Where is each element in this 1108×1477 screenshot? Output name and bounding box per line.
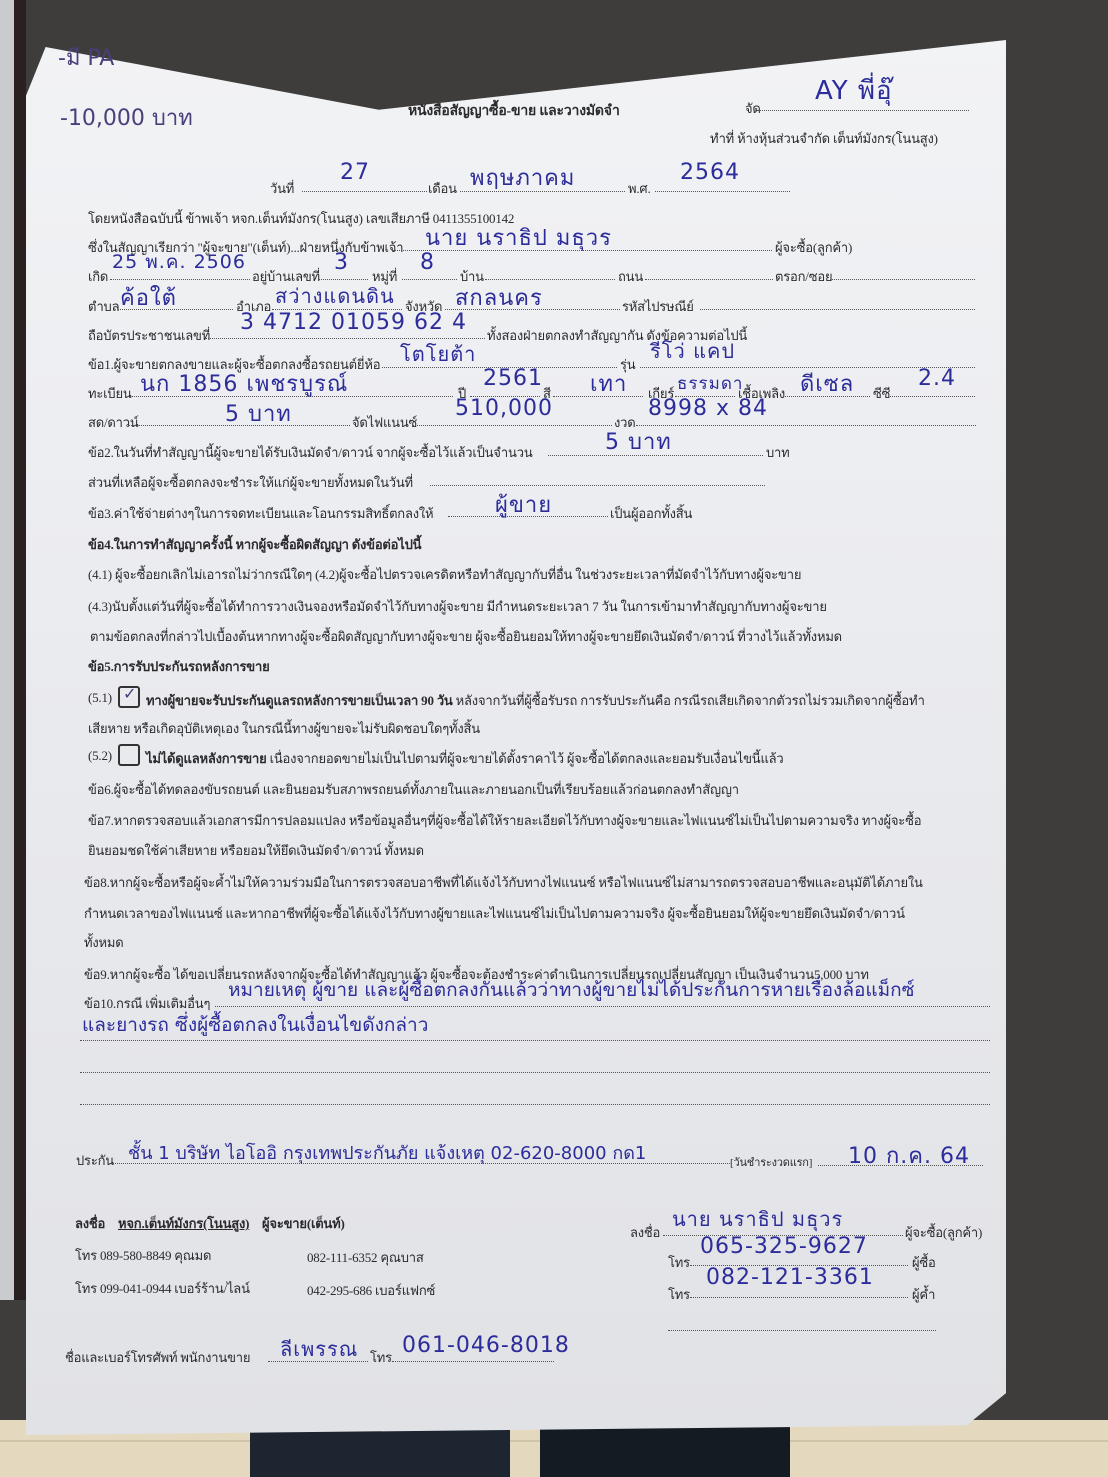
buyer-phone: 065-325-9627 bbox=[700, 1234, 868, 1259]
option1-rest: หลังจากวันที่ผู้ซื้อรับรถ การรับประกันคื… bbox=[453, 693, 925, 708]
clause10-line2 bbox=[80, 1040, 990, 1041]
buyer-sign-label: ลงชื่อ bbox=[630, 1222, 660, 1243]
salesperson-tel-label: โทร bbox=[370, 1347, 392, 1368]
moo-line bbox=[402, 279, 457, 280]
jad-label: จัด bbox=[745, 98, 761, 119]
amphoe-value: สว่างแดนดิน bbox=[275, 280, 395, 312]
guarantor-tel-label: โทร bbox=[668, 1284, 690, 1305]
fuel-value: ดีเซล bbox=[800, 366, 854, 401]
tambon-value: ค้อใต้ bbox=[120, 280, 177, 315]
clause3-label: ข้อ3.ค่าใช้จ่ายต่างๆในการจดทะเบียนและโอน… bbox=[88, 503, 433, 524]
finance-value: 510,000 bbox=[455, 396, 553, 421]
cc-value: 2.4 bbox=[918, 366, 956, 391]
margin-note-pa: -มี PA bbox=[58, 40, 114, 75]
jad-value: AY พี่อุ๊ bbox=[815, 70, 893, 111]
salesperson-phone: 061-046-8018 bbox=[402, 1333, 570, 1358]
seller-phone1: โทร 089-580-8849 คุณมด bbox=[75, 1245, 211, 1266]
plate-label: ทะเบียน bbox=[88, 383, 132, 404]
finance-label: จัดไฟแนนซ์ bbox=[352, 412, 417, 433]
salesperson-name: ลีเพรรณ bbox=[280, 1333, 358, 1365]
insurance-value: ชั้น 1 บริษัท ไอโออิ กรุงเทพประกันภัย แจ… bbox=[128, 1138, 646, 1167]
remaining-label: ส่วนที่เหลือผู้จะซื้อตกลงจะชำระให้แก่ผู้… bbox=[88, 472, 413, 493]
guarantor-role: ผู้ค้ำ bbox=[912, 1284, 935, 1305]
deposit-value: 5 บาท bbox=[605, 424, 672, 459]
road-label: ถนน bbox=[618, 266, 643, 287]
finance-line bbox=[412, 425, 612, 426]
born-label: เกิด bbox=[88, 266, 108, 287]
gear-value: ธรรมดา bbox=[677, 370, 743, 397]
option1-bold: ทางผู้ขายจะรับประกันดูแลรถหลังการขายเป็น… bbox=[146, 693, 453, 708]
option2-rest: เนื่องจากยอดขายไม่เป็นไปตามที่ผู้จะขายได… bbox=[267, 751, 784, 766]
place: ทำที่ ห้างหุ้นส่วนจำกัด เต็นท์มังกร(โนนส… bbox=[710, 128, 938, 149]
buyer-sign-role: ผู้จะซื้อ(ลูกค้า) bbox=[905, 1222, 982, 1243]
seller-role: ผู้จะขาย(เต็นท์) bbox=[262, 1213, 345, 1234]
year-label: พ.ศ. bbox=[628, 178, 651, 199]
extra-sign-line bbox=[668, 1330, 936, 1331]
year-line bbox=[655, 191, 790, 192]
clause4-p1: (4.1) ผู้จะซื้อยกเลิกไม่เอารถไม่ว่ากรณีใ… bbox=[88, 564, 801, 585]
clause3-suffix: เป็นผู้ออกทั้งสิ้น bbox=[610, 503, 692, 524]
clause10-line3 bbox=[80, 1072, 990, 1073]
buyer-phone-role: ผู้ซื้อ bbox=[912, 1252, 936, 1273]
postal-line bbox=[700, 309, 975, 310]
buyer-suffix: ผู้จะซื้อ(ลูกค้า) bbox=[775, 237, 852, 258]
option1-number: (5.1) bbox=[88, 690, 112, 706]
clause10-line1 bbox=[215, 1006, 990, 1007]
seller-phone3: โทร 099-041-0944 เบอร์ร้าน/ไลน์ bbox=[75, 1278, 250, 1299]
seller-phone4: 042-295-686 เบอร์แฟกซ์ bbox=[307, 1280, 435, 1301]
car-year-value: 2561 bbox=[483, 366, 543, 391]
born-value: 25 พ.ค. 2506 bbox=[112, 247, 246, 277]
contract-document: -มี PA -10,000 บาท หนังสือสัญญาซื้อ-ขาย … bbox=[0, 0, 1108, 1477]
house-value: 3 bbox=[334, 250, 349, 275]
insurance-label: ประกัน bbox=[76, 1150, 114, 1171]
clause8-l3: ทั้งหมด bbox=[84, 932, 124, 953]
clause7-l2: ยินยอมชดใช้ค่าเสียหาย หรือยอมให้ยึดเงินม… bbox=[88, 840, 424, 861]
brand-value: โตโยต้า bbox=[400, 338, 476, 370]
option2-text: ไม่ได้ดูแลหลังการขาย เนื่องจากยอดขายไม่เ… bbox=[146, 748, 784, 769]
clause8-l1: ข้อ8.หากผู้จะซื้อหรือผู้จะค้ำไม่ให้ความร… bbox=[84, 872, 923, 893]
seller-name: หจก.เต็นท์มังกร(โนนสูง) bbox=[118, 1213, 249, 1234]
clause8-l2: กำหนดเวลาของไฟแนนซ์ และหากอาชีพที่ผู้จะซ… bbox=[84, 903, 905, 924]
clause2-label: ข้อ2.ในวันที่ทำสัญญานี้ผู้จะขายได้รับเงิ… bbox=[88, 442, 533, 463]
soi-label: ตรอก/ซอย bbox=[775, 266, 832, 287]
day-label: วันที่ bbox=[270, 178, 294, 199]
checkmark-icon: ✓ bbox=[123, 684, 136, 703]
down-label: สด/ดาวน์ bbox=[88, 412, 139, 433]
clause10-note2: และยางรถ ซึ่งผู้ซื้อตกลงในเงื่อนไขดังกล่… bbox=[82, 1010, 428, 1040]
clause4-p2: (4.3)นับตั้งแต่วันที่ผู้จะซื้อได้ทำการวา… bbox=[88, 596, 827, 617]
id-label: ถือบัตรประชาชนเลขที่ bbox=[88, 325, 210, 346]
clause3-value: ผู้ขาย bbox=[495, 487, 552, 522]
postal-label: รหัสไปรษณีย์ bbox=[622, 296, 694, 317]
guarantor-phone: 082-121-3361 bbox=[706, 1265, 874, 1290]
salesperson-label: ชื่อและเบอร์โทรศัพท์ พนักงานขาย bbox=[65, 1347, 250, 1368]
installment-line bbox=[636, 425, 976, 426]
road-line bbox=[645, 279, 773, 280]
soi-line bbox=[830, 279, 975, 280]
seller-phone2: 082-111-6352 คุณบาส bbox=[307, 1247, 424, 1268]
buyer-name: นาย นราธิป มธุวร bbox=[425, 220, 612, 255]
clause7-l1: ข้อ7.หากตรวจสอบแล้วเอกสารมีการปลอมแปลง ห… bbox=[88, 810, 921, 831]
seller-sign-label: ลงชื่อ bbox=[75, 1213, 105, 1234]
id-value: 3 4712 01059 62 4 bbox=[240, 310, 467, 335]
clause4-p3: ตามข้อตกลงที่กล่าวไปเบื้องต้นหากทางผู้จะ… bbox=[90, 626, 842, 647]
day-line bbox=[302, 191, 427, 192]
model-value: รีโว่ แคป bbox=[650, 335, 735, 367]
month-label: เดือน bbox=[428, 178, 457, 199]
cc-label: ซีซี bbox=[873, 383, 890, 404]
installment-value: 8998 x 84 bbox=[648, 396, 768, 421]
guarantor-tel-line bbox=[690, 1297, 908, 1298]
clause6: ข้อ6.ผู้จะซื้อได้ทดลองขับรถยนต์ และยินยอ… bbox=[88, 779, 739, 800]
option2-checkbox[interactable] bbox=[118, 744, 140, 766]
cc-line bbox=[890, 396, 975, 397]
option2-bold: ไม่ได้ดูแลหลังการขาย bbox=[146, 751, 267, 766]
down-value: 5 บาท bbox=[225, 396, 292, 431]
province-value: สกลนคร bbox=[455, 280, 543, 315]
clause10-note1: หมายเหตุ ผู้ขาย และผู้ซื้อตกลงกันแล้วว่า… bbox=[228, 975, 915, 1005]
clause10-line4 bbox=[80, 1104, 990, 1105]
buyer-signature: นาย นราธิป มธุวร bbox=[672, 1203, 843, 1235]
salesperson-tel-line bbox=[392, 1361, 554, 1362]
moo-value: 8 bbox=[420, 250, 435, 275]
option1-text: ทางผู้ขายจะรับประกันดูแลรถหลังการขายเป็น… bbox=[146, 690, 925, 711]
buyer-tel-label: โทร bbox=[668, 1252, 690, 1273]
remaining-line bbox=[430, 485, 765, 486]
year-value: 2564 bbox=[680, 160, 740, 185]
first-payment-label: [วันชำระงวดแรก] bbox=[730, 1153, 812, 1171]
day-value: 27 bbox=[340, 160, 370, 185]
tambon-label: ตำบล bbox=[88, 296, 119, 317]
margin-note-amount: -10,000 บาท bbox=[60, 100, 193, 135]
option1-text2: เสียหาย หรือเกิดอุบัติเหตุเอง ในกรณีนี้ท… bbox=[88, 718, 480, 739]
deposit-unit: บาท bbox=[766, 442, 790, 463]
color-value: เทา bbox=[590, 366, 627, 401]
clause4-title: ข้อ4.ในการทำสัญญาครั้งนี้ หากผู้จะซื้อผิ… bbox=[88, 534, 421, 555]
month-value: พฤษภาคม bbox=[470, 160, 575, 195]
page-title: หนังสือสัญญาซื้อ-ขาย และวางมัดจำ bbox=[408, 100, 620, 122]
clause5-title: ข้อ5.การรับประกันรถหลังการขาย bbox=[88, 656, 270, 677]
first-payment-value: 10 ก.ค. 64 bbox=[848, 1138, 970, 1173]
option2-number: (5.2) bbox=[88, 748, 112, 764]
